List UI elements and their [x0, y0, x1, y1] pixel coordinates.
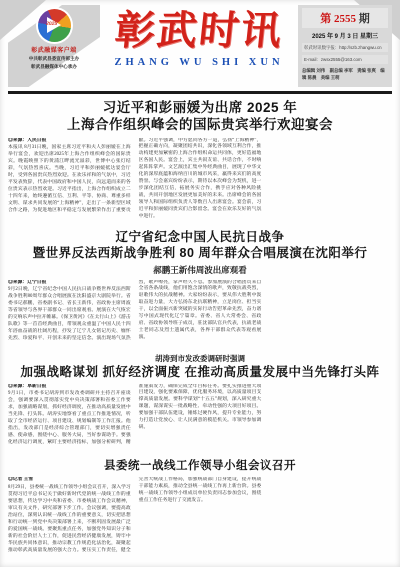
- article-3-kicker: 胡涛到市发改委调研时强调: [8, 353, 392, 364]
- newspaper-title-pinyin: ZHANG WU SHI XUN: [100, 57, 298, 68]
- article-2-text: 9月2日晚，辽宁省纪念中国人民抗日战争暨世界反法西斯战争胜利80周年群众合唱展演…: [8, 280, 261, 342]
- article-liaoning-choral: 辽宁省纪念中国人民抗日战争 暨世界反法西斯战争胜利 80 周年群众合唱展演在沈阳…: [8, 229, 392, 344]
- issue-number-row: 第 2555 期: [302, 8, 388, 28]
- article-1-body: ◎来源：人民日报 本报讯 8月31日晚，国家主席习近平和夫人彭丽媛在上海举行宴会…: [8, 138, 392, 222]
- publisher-line-1: 中共彰武县委宣传部主办: [8, 56, 100, 62]
- logo-caption: 彰武融媒客户端: [8, 45, 100, 54]
- article-4-source-tag: ◎记者 王雪: [8, 477, 131, 484]
- digital-edition-line: 彰武时讯数字报：http://szb.zhangwu.cn: [302, 43, 388, 52]
- media-app-logo-icon: 2025: [38, 9, 71, 42]
- email-line: E-mail：zwsx2555@163.com: [302, 55, 388, 64]
- newspaper-title: 彰武时讯: [98, 11, 300, 51]
- article-2-source-tag: ◎来源：辽宁日报: [8, 280, 131, 287]
- issue-prefix: 第: [320, 13, 334, 25]
- article-2-body: ◎来源：辽宁日报 9月2日晚，辽宁省纪念中国人民抗日战争暨世界反法西斯战争胜利8…: [8, 280, 392, 344]
- article-4-headline: 县委统一战线工作领导小组会议召开: [8, 459, 392, 474]
- article-1-text: 本报讯 8月31日晚，国家主席习近平和夫人彭丽媛在上海举行宴会，欢迎出席2025…: [8, 138, 261, 219]
- article-2-subheadline: 郝鹏王新伟周波出席观看: [8, 264, 392, 276]
- publication-date: 2025 年 9 月 3 日 星期三: [302, 31, 388, 40]
- masthead-title-block: 彰武时讯 ZHANG WU SHI XUN: [100, 5, 298, 87]
- issue-suffix: 期: [356, 13, 370, 25]
- masthead-logo-block: 2025 彰武融媒客户端 中共彰武县委宣传部主办 彰武县融媒体中心承办: [8, 5, 100, 87]
- article-1-headline-line-2: 上海合作组织峰会的国际贵宾举行欢迎宴会: [8, 116, 392, 133]
- article-3-headline: 加强战略谋划 抓好经济调度 在推动高质量发展中当先锋打头阵: [8, 364, 392, 380]
- issue-number: 2555: [334, 13, 356, 25]
- article-4-text: 8月29日，县委统一战线工作领导小组会议召开，深入学习贯彻习近平总书记关于做好新…: [8, 477, 261, 553]
- article-3-source-tag: ◎来源：阜新日报: [8, 384, 131, 391]
- staff-credits-line: 总编辑 刘伟 副总编 李军 责编 张爽 编辑 陈晨 美编 王萌: [302, 68, 388, 81]
- article-3-text: 9月1日，市委书记胡涛到市发改委调研并主持召开座谈会，强调要深入贯彻落实党中央决…: [8, 384, 261, 446]
- article-sco-banquet: 习近平和彭丽媛为出席 2025 年 上海合作组织峰会的国际贵宾举行欢迎宴会 ◎来…: [8, 94, 392, 222]
- masthead-header: 2025 彰武融媒客户端 中共彰武县委宣传部主办 彰武县融媒体中心承办 彰武时讯…: [8, 5, 392, 87]
- publisher-line-2: 彰武县融媒体中心承办: [8, 64, 100, 70]
- article-2-headline-line-1: 辽宁省纪念中国人民抗日战争: [8, 229, 392, 245]
- article-development-reform-visit: 胡涛到市发改委调研时强调 加强战略谋划 抓好经济调度 在推动高质量发展中当先锋打…: [8, 353, 392, 452]
- masthead-info-panel: 第 2555 期 2025 年 9 月 3 日 星期三 彰武时讯数字报：http…: [298, 5, 392, 87]
- logo-year-label: 2025: [45, 21, 57, 27]
- article-4-body: ◎记者 王雪 8月29日，县委统一战线工作领导小组会议召开，深入学习贯彻习近平总…: [8, 477, 392, 561]
- article-1-headline-line-1: 习近平和彭丽媛为出席 2025 年: [8, 99, 392, 116]
- article-1-source-tag: ◎来源：人民日报: [8, 138, 131, 145]
- article-united-front-meeting: 县委统一战线工作领导小组会议召开 ◎记者 王雪 8月29日，县委统一战线工作领导…: [8, 459, 392, 562]
- article-3-body: ◎来源：阜新日报 9月1日，市委书记胡涛到市发改委调研并主持召开座谈会，强调要深…: [8, 384, 392, 452]
- article-2-headline-line-2: 暨世界反法西斯战争胜利 80 周年群众合唱展演在沈阳举行: [8, 245, 392, 261]
- newspaper-front-page: 2025 彰武融媒客户端 中共彰武县委宣传部主办 彰武县融媒体中心承办 彰武时讯…: [0, 0, 400, 567]
